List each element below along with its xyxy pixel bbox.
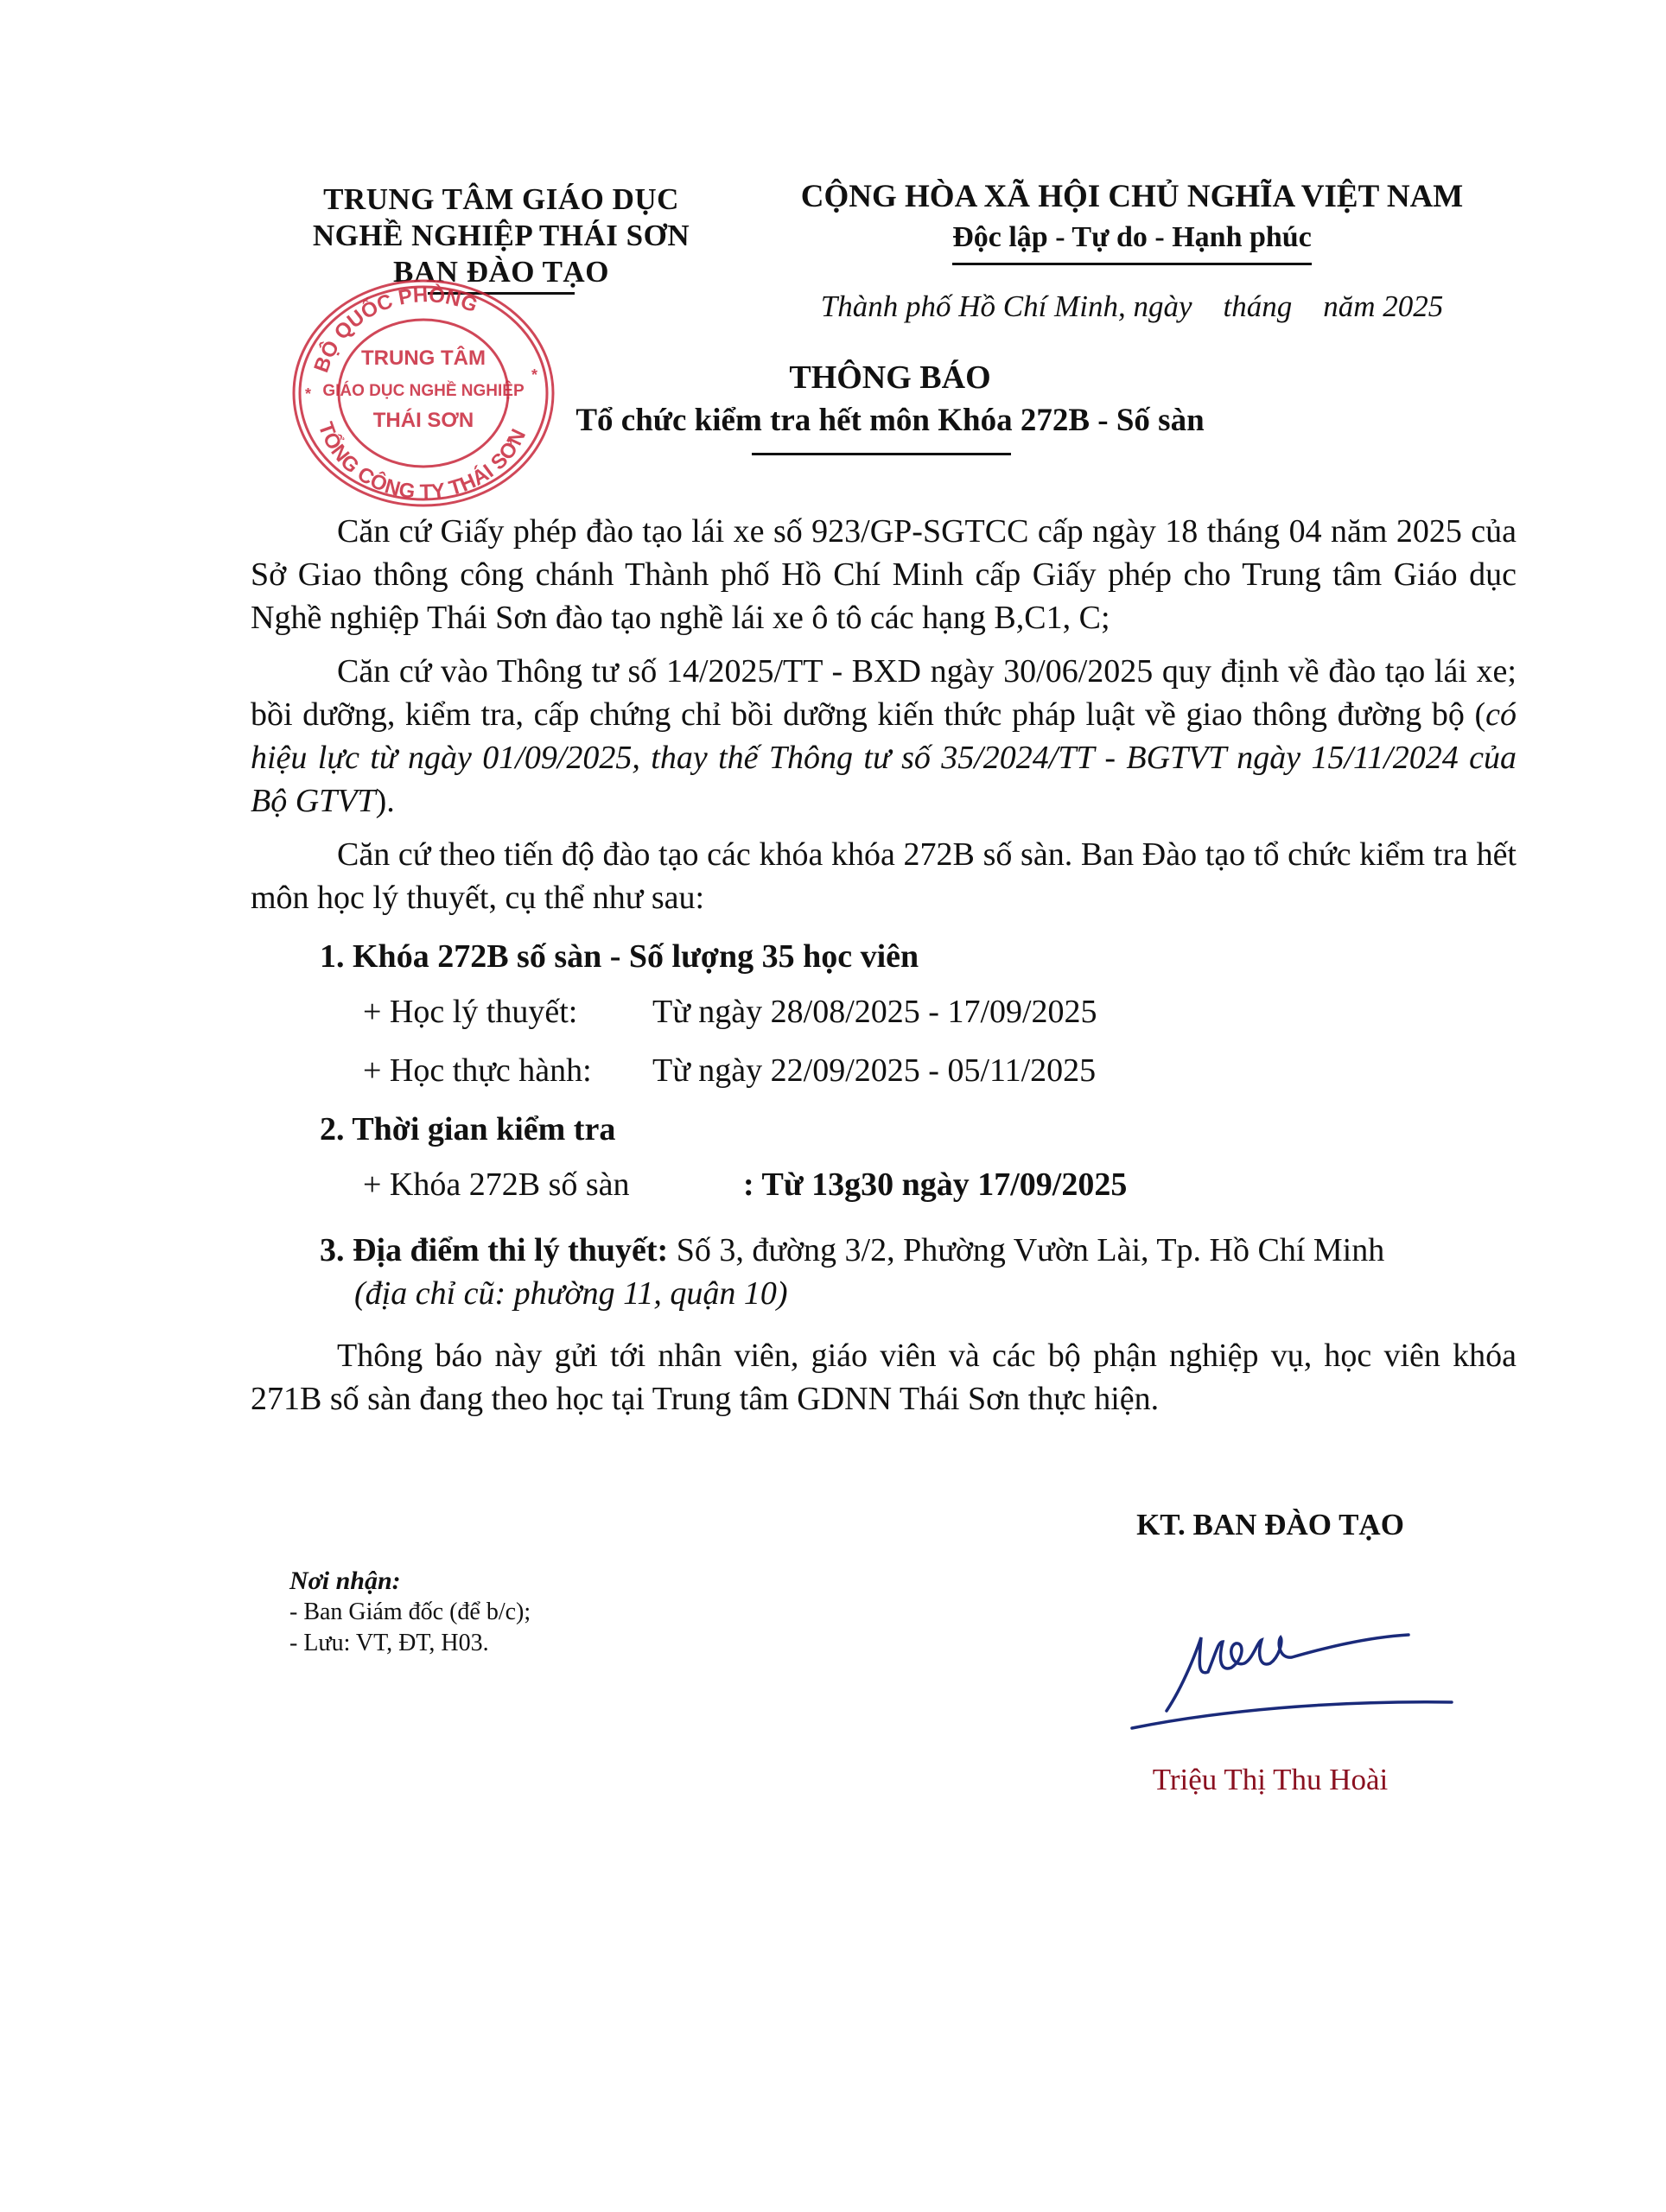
- place-date: Thành phố Hồ Chí Minh, ngàythángnăm 2025: [743, 289, 1521, 324]
- document-body: Căn cứ Giấy phép đào tạo lái xe số 923/G…: [251, 510, 1517, 1431]
- recipients-block: Nơi nhận: - Ban Giám đốc (để b/c); - Lưu…: [289, 1566, 531, 1659]
- recipients-label: Nơi nhận:: [289, 1566, 531, 1597]
- document-subtitle: Tổ chức kiểm tra hết môn Khóa 272B - Số …: [259, 402, 1521, 439]
- closing-paragraph: Thông báo này gửi tới nhân viên, giáo vi…: [251, 1334, 1517, 1421]
- paragraph-legal-basis-1: Căn cứ Giấy phép đào tạo lái xe số 923/G…: [251, 510, 1517, 639]
- item-1-heading: 1. Khóa 272B số sàn - Số lượng 35 học vi…: [320, 935, 1517, 978]
- org-name-line1: TRUNG TÂM GIÁO DỤC: [259, 181, 743, 218]
- recipient-item: - Lưu: VT, ĐT, H03.: [289, 1628, 531, 1659]
- place-date-year: năm 2025: [1323, 289, 1443, 323]
- title-underline: [752, 453, 1011, 455]
- national-header: CỘNG HÒA XÃ HỘI CHỦ NGHĨA VIỆT NAM Độc l…: [743, 177, 1521, 265]
- signature-title: KT. BAN ĐÀO TẠO: [1046, 1508, 1495, 1542]
- nation-name: CỘNG HÒA XÃ HỘI CHỦ NGHĨA VIỆT NAM: [743, 177, 1521, 217]
- paragraph-schedule-basis: Căn cứ theo tiến độ đào tạo các khóa khó…: [251, 833, 1517, 919]
- signer-name: Triệu Thị Thu Hoài: [1063, 1763, 1478, 1797]
- old-address-note: (địa chỉ cũ: phường 11, quận 10): [354, 1272, 1517, 1315]
- document-title: THÔNG BÁO: [259, 359, 1521, 397]
- org-name-line2: NGHỀ NGHIỆP THÁI SƠN: [259, 218, 743, 254]
- handwritten-signature-icon: [1115, 1590, 1460, 1745]
- theory-schedule-row: + Học lý thuyết:Từ ngày 28/08/2025 - 17/…: [363, 990, 1517, 1033]
- paragraph-legal-basis-2: Căn cứ vào Thông tư số 14/2025/TT - BXD …: [251, 650, 1517, 823]
- recipient-item: - Ban Giám đốc (để b/c);: [289, 1597, 531, 1628]
- exam-time-row: + Khóa 272B số sàn: Từ 13g30 ngày 17/09/…: [363, 1163, 1517, 1206]
- place-date-place: Thành phố Hồ Chí Minh, ngày: [821, 289, 1192, 323]
- national-motto: Độc lập - Tự do - Hạnh phúc: [952, 218, 1312, 265]
- item-2-heading: 2. Thời gian kiểm tra: [320, 1108, 1517, 1151]
- practice-schedule-row: + Học thực hành:Từ ngày 22/09/2025 - 05/…: [363, 1049, 1517, 1092]
- item-3-location: 3. Địa điểm thi lý thuyết: Số 3, đường 3…: [320, 1229, 1517, 1272]
- place-date-month: tháng: [1223, 289, 1292, 323]
